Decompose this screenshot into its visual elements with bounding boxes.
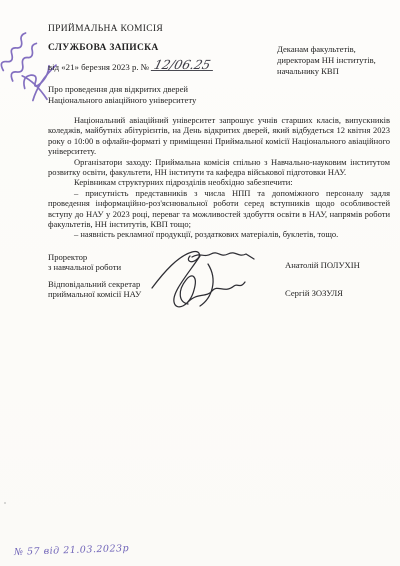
signatory-title-secretary: Відповідальний секретар приймальної комі…	[48, 279, 141, 299]
paragraph-bullet-presence: – присутність представників з числа НПП …	[48, 188, 390, 230]
recipients-block: Деканам факультетів, директорам НН інсти…	[277, 44, 376, 76]
registration-note-handwritten: № 57 від 21.03.2023р	[14, 543, 130, 558]
signature-scribble	[146, 244, 264, 316]
subject-line: Про проведення дня відкритих дверей Наці…	[48, 84, 196, 106]
paragraph-bullet-materials: – наявність рекламної продукції, роздатк…	[48, 229, 390, 239]
paragraph-intro: Національний авіаційний університет запр…	[48, 115, 390, 157]
paragraph-organizers: Організатори заходу: Приймальна комісія …	[48, 157, 390, 178]
paragraph-instruction: Керівникам структурних підрозділів необх…	[48, 177, 390, 187]
body-text: Національний авіаційний університет запр…	[48, 115, 390, 240]
signatory-name-polukhin: Анатолій ПОЛУХІН	[285, 260, 360, 270]
date-line: від «21» березня 2023 р. №12/06.25	[48, 60, 214, 72]
scanned-memo-page: ПРИЙМАЛЬНА КОМІСІЯ СЛУЖБОВА ЗАПИСКА від …	[0, 0, 400, 566]
org-name: ПРИЙМАЛЬНА КОМІСІЯ	[48, 24, 163, 34]
signatory-title-vice-rector: Проректор з навчальної роботи	[48, 252, 121, 272]
scan-speck	[4, 502, 6, 504]
signatory-name-zozulia: Сергій ЗОЗУЛЯ	[285, 288, 343, 298]
doc-type-title: СЛУЖБОВА ЗАПИСКА	[48, 43, 158, 53]
date-prefix: від «21» березня 2023 р. №	[48, 62, 149, 72]
reg-number-handwritten: 12/06.25	[151, 59, 216, 71]
